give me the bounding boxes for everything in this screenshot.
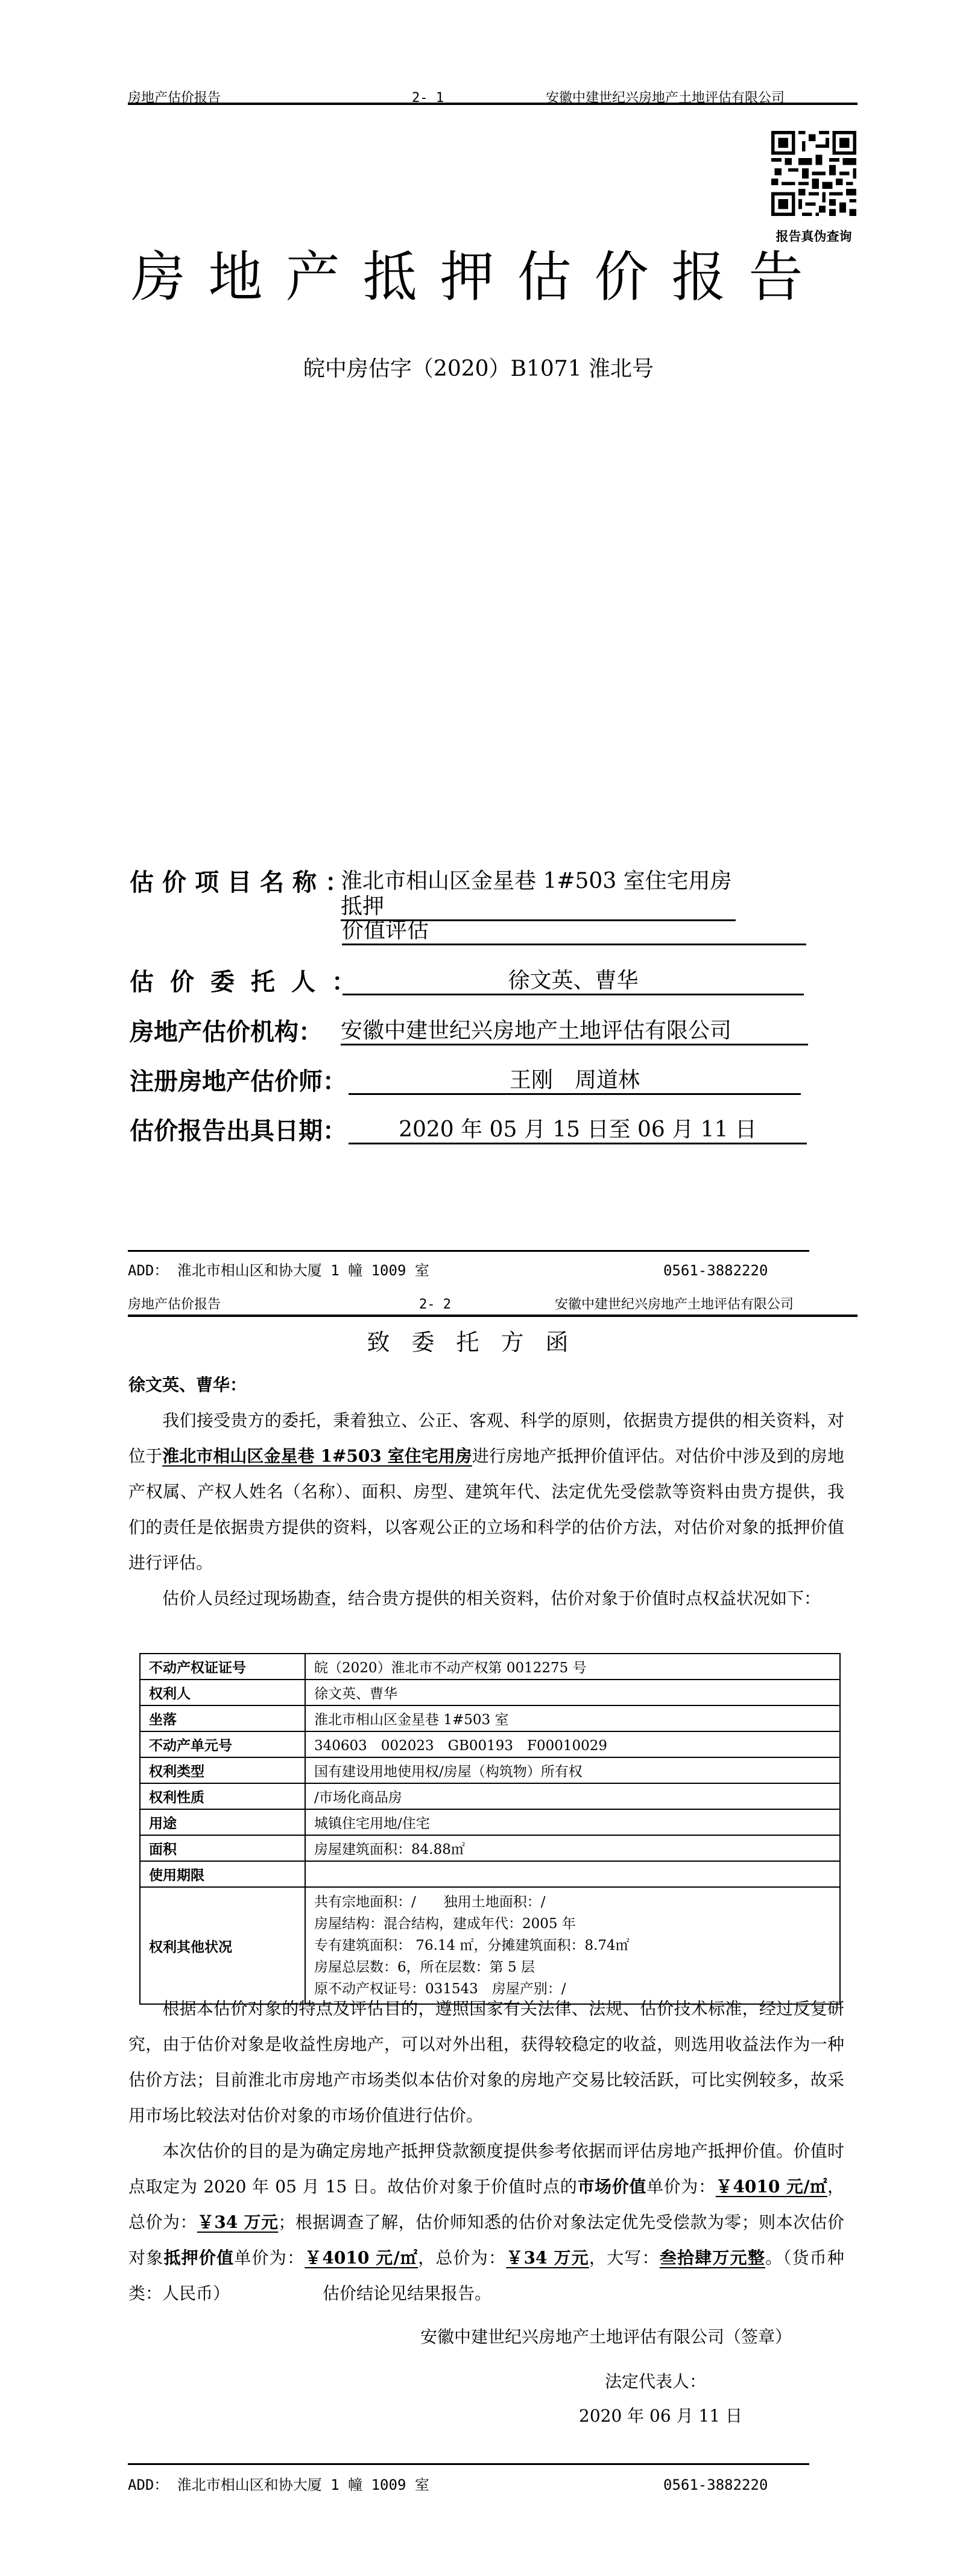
field-value-project-line1: 淮北市相山区金星巷 1#503 室住宅用房抵押 <box>341 869 736 921</box>
mortgage-total: ￥34 万元 <box>506 2248 589 2268</box>
report-number: 皖中房估字（2020）B1071 淮北号 <box>128 356 829 382</box>
market-unit-price: ￥4010 元/㎡ <box>716 2177 827 2197</box>
field-value-appraisers: 王刚 周道林 <box>349 1068 801 1095</box>
market-total: ￥34 万元 <box>197 2212 279 2232</box>
footer-rule <box>128 2463 809 2465</box>
paragraph-method: 根据本估价对象的特点及评估目的，遵照国家有关法律、法规、估价技术标准，经过反复研… <box>128 1991 844 2133</box>
paragraph-survey: 估价人员经过现场勘查，结合贵方提供的相关资料，估价对象于价值时点权益状况如下： <box>128 1581 844 1616</box>
signature-date: 2020 年 06 月 11 日 <box>579 2405 742 2427</box>
signature-legal-rep: 法定代表人： <box>605 2371 706 2393</box>
table-row: 不动产权证证号皖（2020）淮北市不动产权第 0012275 号 <box>140 1654 840 1680</box>
table-row: 坐落淮北市相山区金星巷 1#503 室 <box>140 1705 840 1731</box>
report-title: 房地产抵押估价报告 <box>128 247 829 308</box>
header-left: 房地产估价报告 <box>128 1297 221 1313</box>
letter-title: 致委托方函 <box>128 1327 829 1357</box>
field-label-date: 估价报告出具日期： <box>130 1117 347 1145</box>
amount-in-words: 叁拾肆万元整 <box>660 2248 765 2268</box>
qr-verify-label: 报告真伪查询 <box>771 227 856 245</box>
footer-address: ADD： 淮北市相山区和协大厦 1 幢 1009 室 <box>128 1262 429 1279</box>
page-number: 2- 2 <box>419 1297 451 1313</box>
footer-phone: 0561-3882220 <box>663 1262 768 1279</box>
table-row: 权利人徐文英、曹华 <box>140 1680 840 1705</box>
table-row: 使用期限 <box>140 1861 840 1887</box>
field-value-date: 2020 年 05 月 15 日至 06 月 11 日 <box>349 1117 807 1144</box>
field-label-agency: 房地产估价机构： <box>130 1018 323 1046</box>
table-row: 权利类型国有建设用地使用权/房屋（构筑物）所有权 <box>140 1757 840 1783</box>
footer-phone: 0561-3882220 <box>663 2476 768 2493</box>
table-row: 权利性质/市场化商品房 <box>140 1783 840 1809</box>
mortgage-unit-price: ￥4010 元/㎡ <box>305 2248 418 2268</box>
property-subject: 淮北市相山区金星巷 1#503 室住宅用房 <box>162 1446 472 1466</box>
salutation: 徐文英、曹华： <box>128 1374 247 1396</box>
header-rule <box>128 1315 858 1317</box>
header-rule <box>128 103 858 105</box>
paragraph-intro: 我们接受贵方的委托，秉着独立、公正、客观、科学的原则，依据贵方提供的相关资料，对… <box>128 1403 844 1581</box>
table-row: 权利其他状况 共有宗地面积：/ 独用土地面积：/ 房屋结构：混合结构，建成年代：… <box>140 1887 840 2004</box>
footer-address: ADD： 淮北市相山区和协大厦 1 幢 1009 室 <box>128 2476 429 2493</box>
field-label-client: 估价委托人： <box>130 968 372 996</box>
field-label-project: 估价项目名称： <box>130 869 358 896</box>
field-value-client: 徐文英、曹华 <box>343 968 804 995</box>
header-right: 安徽中建世纪兴房地产土地评估有限公司 <box>555 1297 794 1313</box>
rights-table: 不动产权证证号皖（2020）淮北市不动产权第 0012275 号 权利人徐文英、… <box>139 1653 841 2005</box>
table-row: 用途城镇住宅用地/住宅 <box>140 1809 840 1835</box>
field-label-appraisers: 注册房地产估价师： <box>130 1068 347 1096</box>
field-value-project-line2: 价值评估 <box>342 918 806 945</box>
table-row: 不动产单元号340603 002023 GB00193 F00010029 <box>140 1731 840 1757</box>
footer-rule <box>128 1250 809 1252</box>
qr-code-icon[interactable] <box>771 131 856 216</box>
table-row: 面积房屋建筑面积：84.88㎡ <box>140 1835 840 1861</box>
signature-company: 安徽中建世纪兴房地产土地评估有限公司（签章） <box>420 2326 792 2348</box>
field-value-agency: 安徽中建世纪兴房地产土地评估有限公司 <box>341 1018 808 1045</box>
paragraph-conclusion: 本次估价的目的是为确定房地产抵押贷款额度提供参考依据而评估房地产抵押价值。价值时… <box>128 2133 844 2311</box>
